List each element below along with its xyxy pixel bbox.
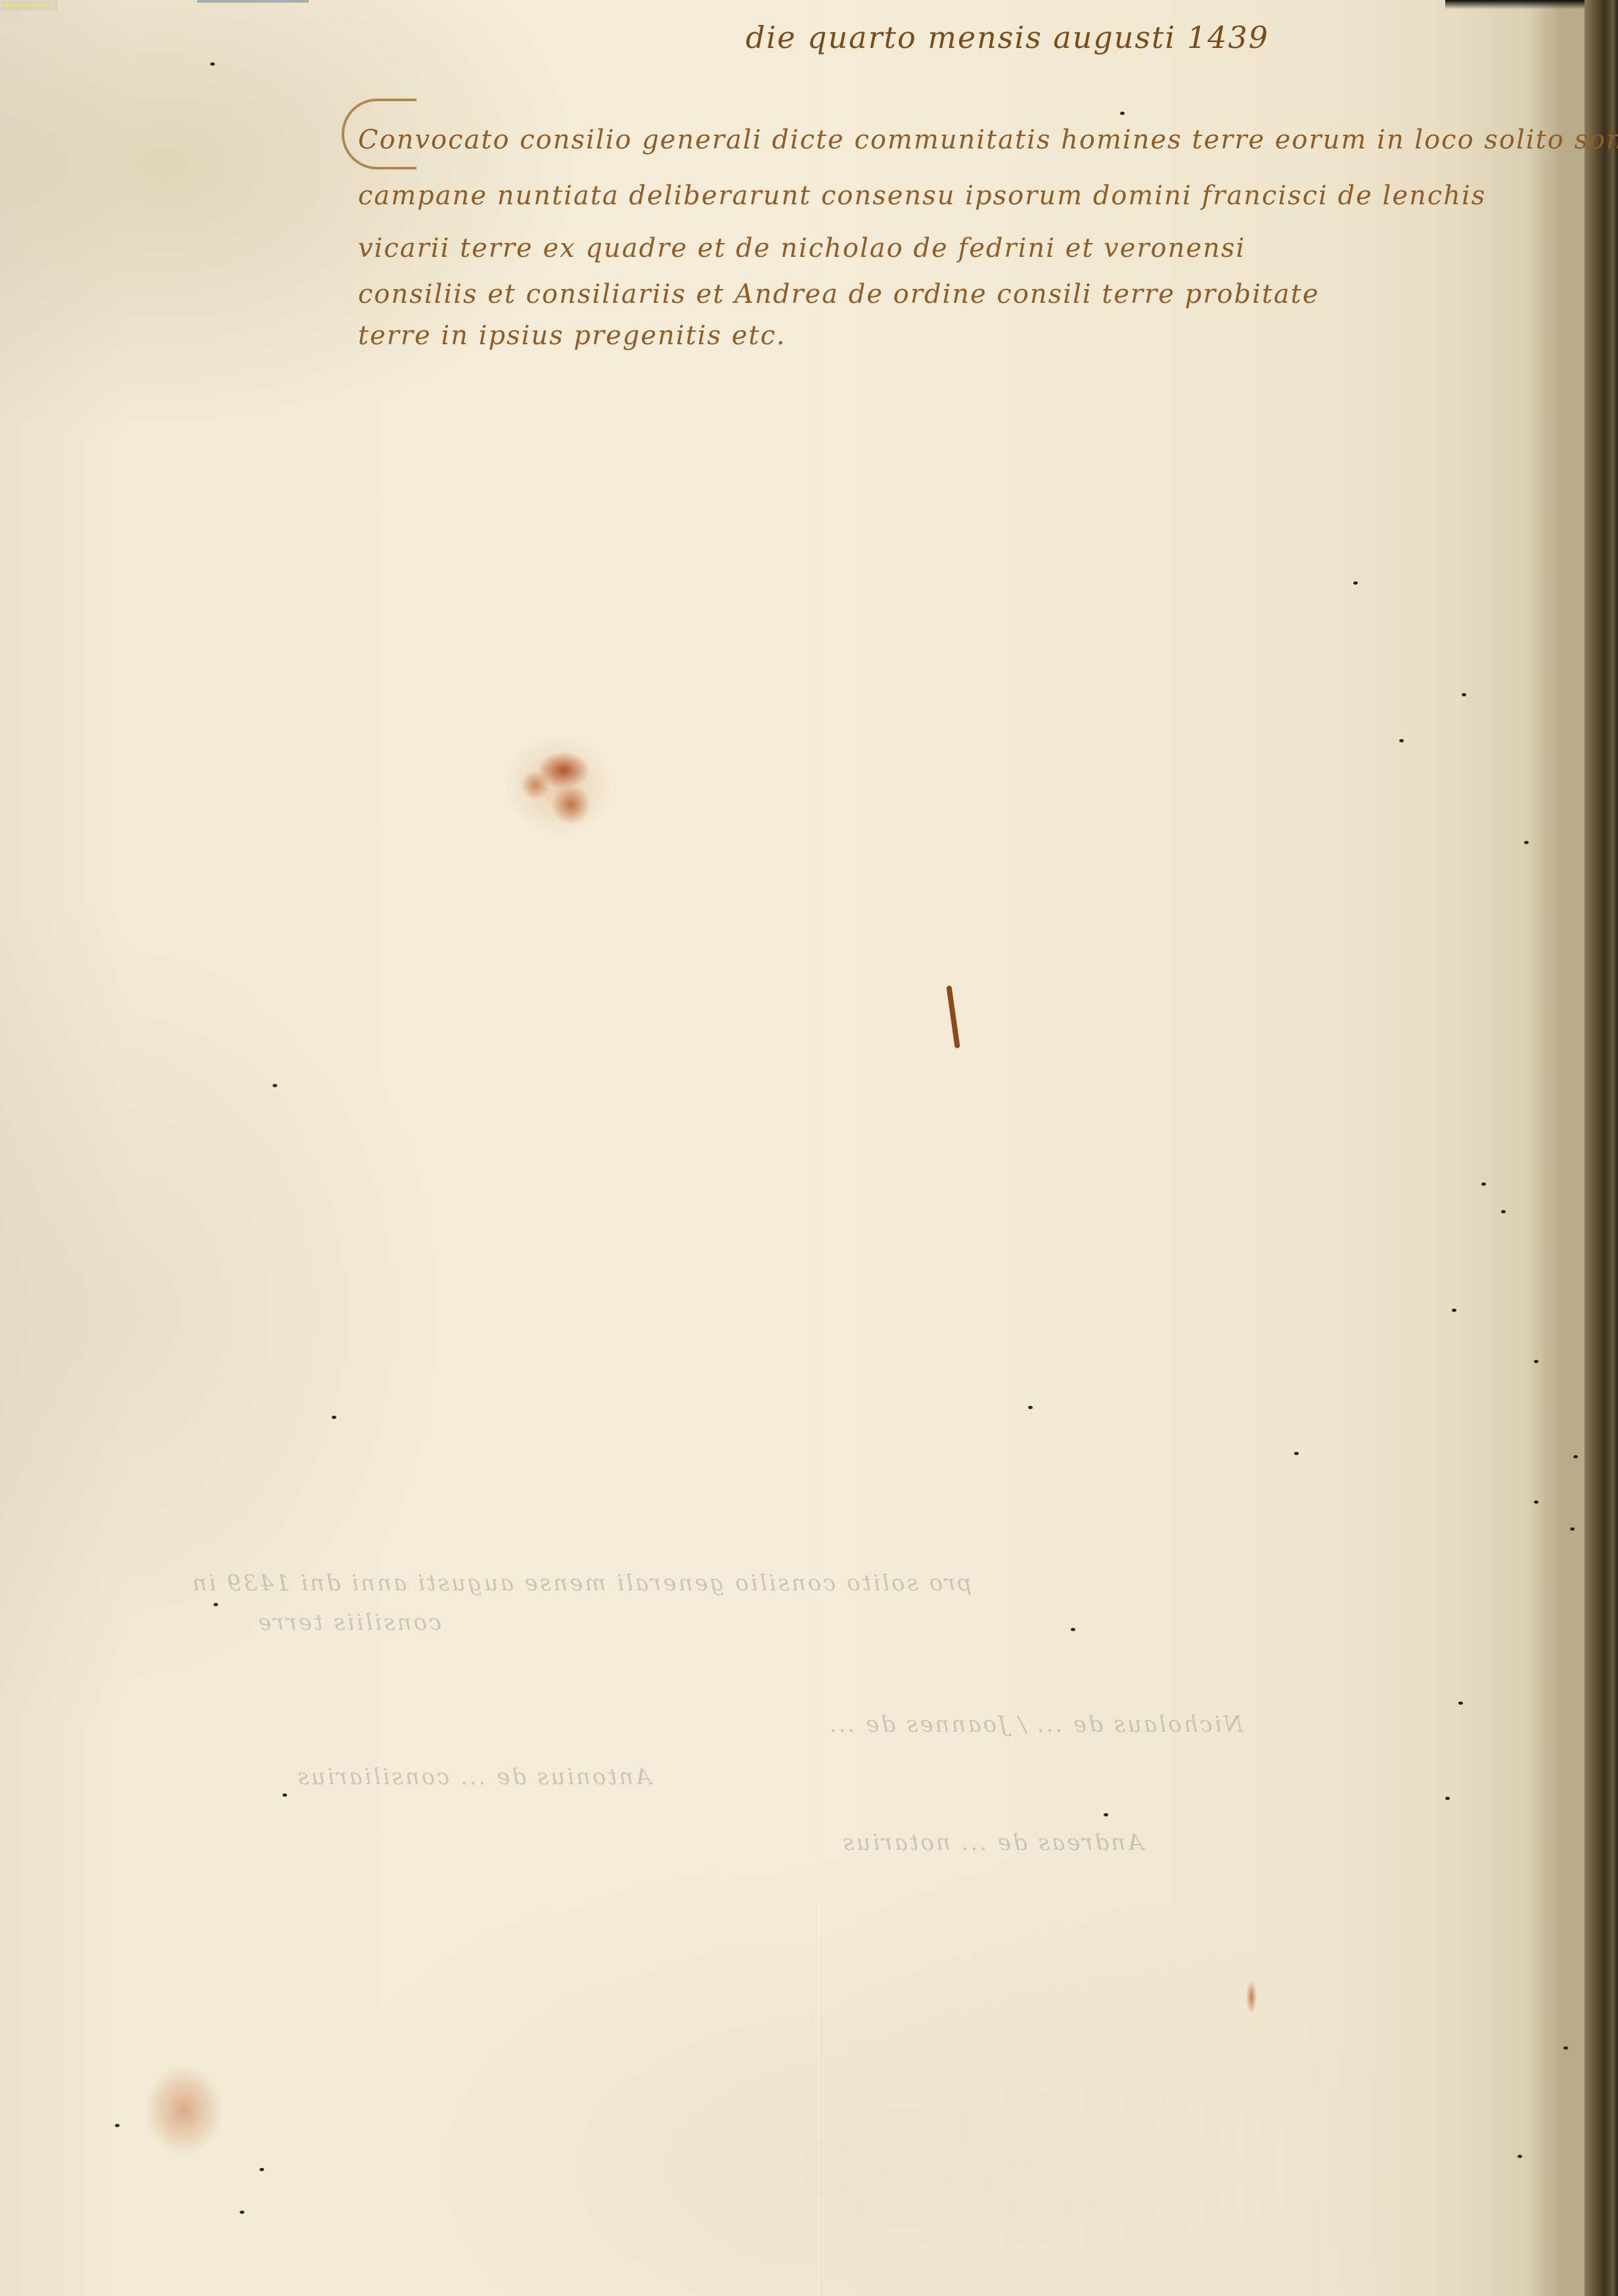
paper-speck	[332, 1416, 336, 1419]
paper-speck	[1501, 1210, 1506, 1213]
bleed-through-line-5: Andreas de ... notarius	[841, 1830, 1144, 1856]
paper-speck	[273, 1084, 277, 1087]
paper-speck	[1524, 841, 1529, 844]
paper-speck	[1452, 1309, 1456, 1312]
paper-speck	[1534, 1360, 1539, 1363]
unregistered-watermark: Unregistered.	[1, 1, 58, 11]
manuscript-line-4: consiliis et consiliariis et Andrea de o…	[358, 279, 1320, 309]
paper-speck	[1353, 581, 1358, 585]
manuscript-line-3: vicarii terre ex quadre et de nicholao d…	[358, 233, 1246, 263]
bleed-through-line-3: Nicholaus de ... / Joannes de ...	[828, 1711, 1243, 1738]
paper-speck	[1120, 112, 1125, 115]
paper-speck	[1458, 1701, 1463, 1705]
pen-stroke-mark	[946, 985, 960, 1048]
manuscript-line-5: terre in ipsius pregenitis etc.	[358, 321, 786, 351]
scan-edge-artifact	[197, 0, 309, 3]
paper-speck	[213, 1603, 218, 1606]
paper-speck	[1517, 2155, 1522, 2158]
book-binding-edge	[1584, 0, 1618, 2296]
paper-speck	[1462, 693, 1466, 696]
bleed-through-line-4: Antonius de ... consiliarius	[296, 1764, 652, 1790]
foxing-stain	[135, 2063, 233, 2168]
paper-speck	[115, 2124, 120, 2127]
paper-speck	[240, 2211, 244, 2214]
paper-speck	[282, 1793, 287, 1797]
page-fold-crease	[818, 0, 820, 2296]
paper-speck	[1294, 1452, 1299, 1455]
ink-stain	[506, 736, 611, 834]
paper-speck	[1573, 1455, 1578, 1458]
paper-speck	[1534, 1500, 1539, 1504]
paper-speck	[210, 62, 215, 66]
paper-speck	[1028, 1406, 1033, 1409]
paper-speck	[1570, 1527, 1575, 1531]
manuscript-line-2: campane nuntiata deliberarunt consensu i…	[358, 181, 1486, 211]
paper-speck	[1104, 1813, 1108, 1816]
paper-speck	[1563, 2046, 1568, 2050]
paper-speck	[1071, 1628, 1075, 1631]
manuscript-line-1: Convocato consilio generali dicte commun…	[358, 125, 1618, 155]
small-rust-stain	[1245, 1977, 1258, 2017]
date-heading: die quarto mensis augusti 1439	[746, 20, 1269, 55]
paper-speck	[1445, 1797, 1450, 1800]
paper-speck	[1399, 739, 1404, 742]
bleed-through-line-2: consiliis terre	[256, 1609, 441, 1636]
manuscript-page: Unregistered. die quarto mensis augusti …	[0, 0, 1618, 2296]
paper-speck	[259, 2168, 264, 2171]
bleed-through-line-1: pro solito consilio generali mense augus…	[191, 1570, 972, 1596]
paper-speck	[1481, 1182, 1486, 1186]
